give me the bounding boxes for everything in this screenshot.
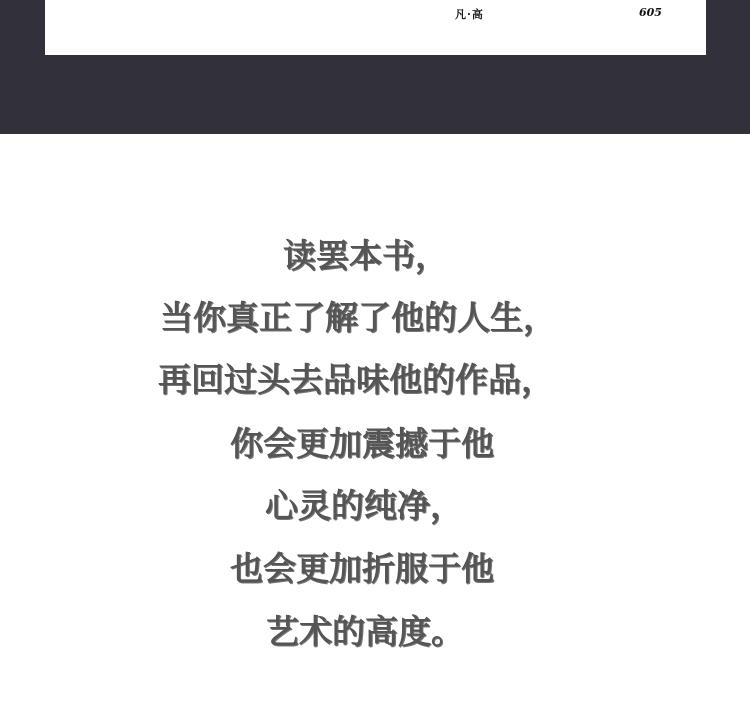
book-page-preview: 凡·高 605	[45, 0, 706, 55]
running-head: 凡·高	[455, 6, 484, 22]
dark-header-band: 凡·高 605	[0, 0, 750, 134]
quote-line-2: 当你真正了解了他的人生，	[160, 298, 556, 338]
page-number: 605	[639, 6, 662, 19]
quote-line-1: 读罢本书，	[283, 236, 448, 276]
quote-line-6: 也会更加折服于他	[230, 549, 494, 589]
quote-line-3: 再回过头去品味他的作品，	[158, 360, 554, 400]
quote-line-7: 艺术的高度。	[266, 612, 464, 652]
quote-line-5: 心灵的纯净，	[265, 486, 463, 526]
quote-line-4: 你会更加震撼于他	[230, 424, 494, 464]
